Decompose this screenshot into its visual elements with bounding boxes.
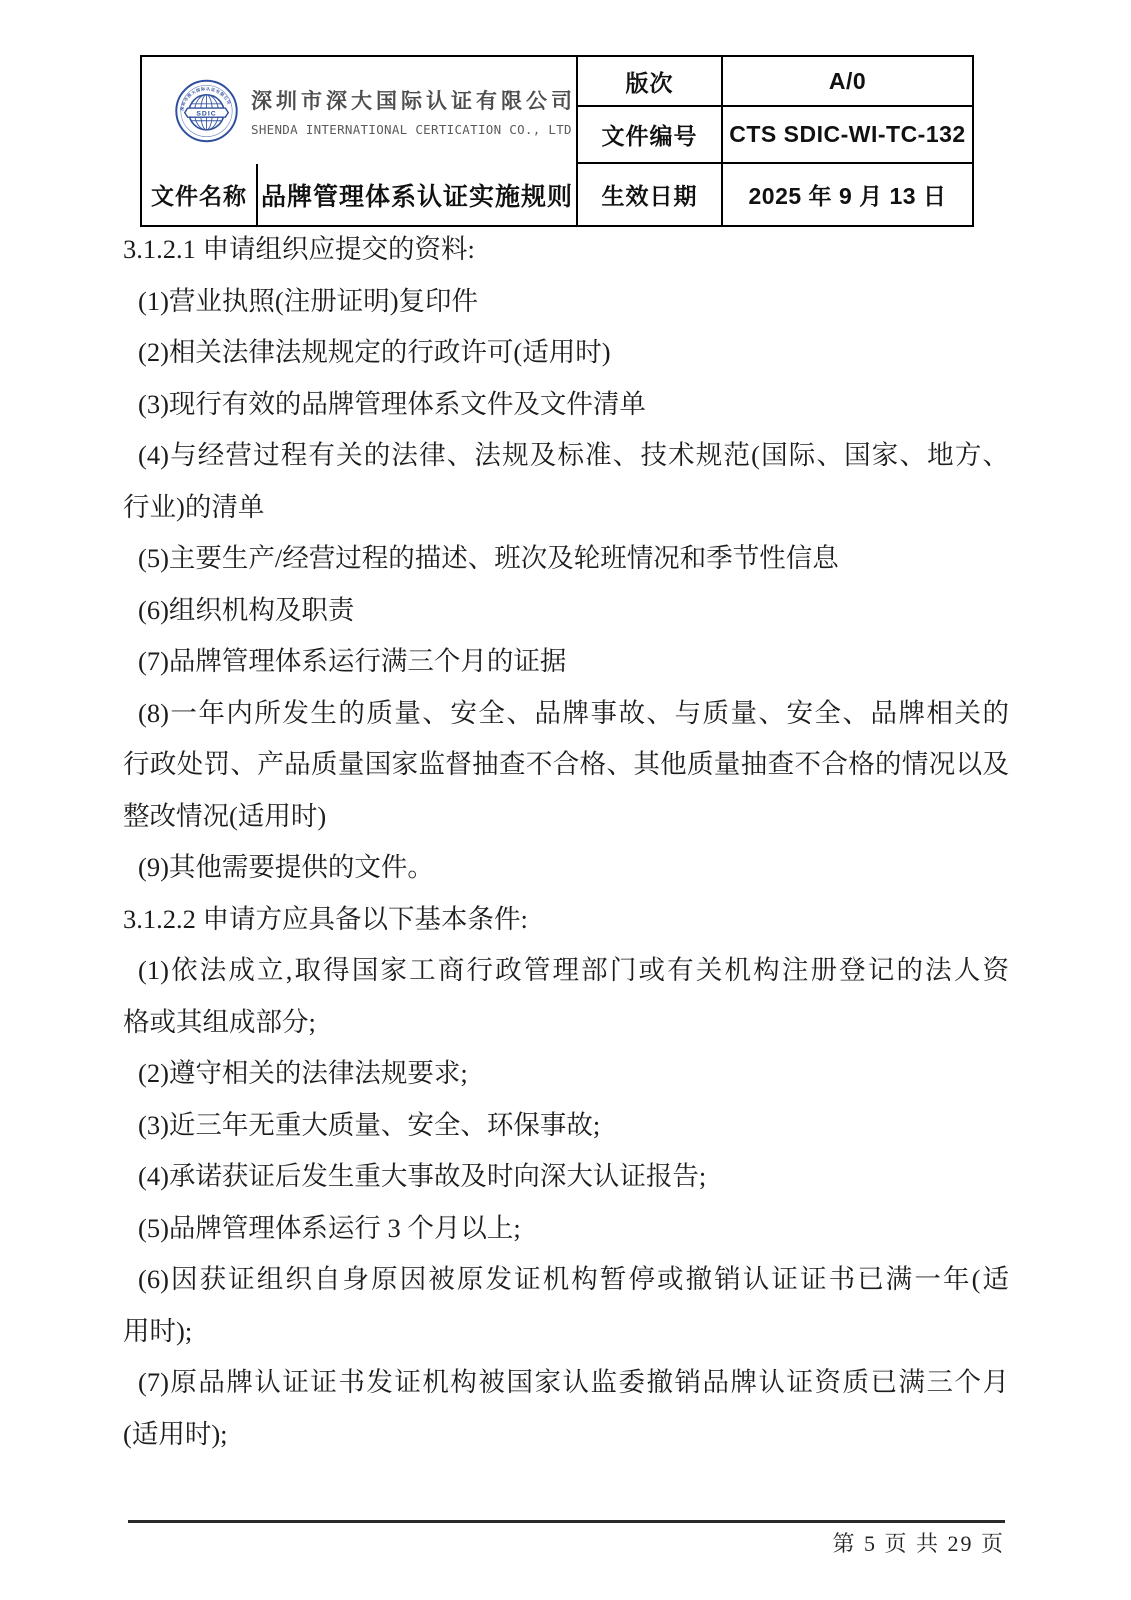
doc-number-label: 文件编号 xyxy=(578,107,723,164)
doc-number-value: CTS SDIC-WI-TC-132 xyxy=(723,107,972,164)
version-value: A/0 xyxy=(723,57,972,107)
body-line: (8)一年内所发生的质量、安全、品牌事故、与质量、安全、品牌相关的 xyxy=(123,688,1009,740)
body-line: (5)主要生产/经营过程的描述、班次及轮班情况和季节性信息 xyxy=(123,533,1009,585)
body-line: (4)承诺获证后发生重大事故及时向深大认证报告; xyxy=(123,1151,1009,1203)
version-label: 版次 xyxy=(578,57,723,107)
body-line: (4)与经营过程有关的法律、法规及标准、技术规范(国际、国家、地方、 xyxy=(123,430,1009,482)
effective-date-label: 生效日期 xyxy=(578,164,723,225)
body-line: (适用时); xyxy=(123,1409,1009,1461)
body-line: (7)原品牌认证证书发证机构被国家认监委撤销品牌认证资质已满三个月 xyxy=(123,1357,1009,1409)
doc-name-label: 文件名称 xyxy=(142,164,258,225)
footer-divider xyxy=(128,1520,1005,1523)
body-line: (7)品牌管理体系运行满三个月的证据 xyxy=(123,636,1009,688)
company-name-en: SHENDA INTERNATIONAL CERTICATION CO., LT… xyxy=(251,122,572,137)
body-line: 行业)的清单 xyxy=(123,482,1009,534)
body-line: (1)营业执照(注册证明)复印件 xyxy=(123,276,1009,328)
effective-date-value: 2025 年 9 月 13 日 xyxy=(723,164,972,225)
header-table: 深圳市深大国际认证有限公司 SDIC 深圳市深大国际认证有限公司 SHENDA … xyxy=(140,55,974,227)
sdic-company-seal-icon: 深圳市深大国际认证有限公司 SDIC xyxy=(174,67,239,155)
document-page: 深圳市深大国际认证有限公司 SDIC 深圳市深大国际认证有限公司 SHENDA … xyxy=(0,0,1131,1600)
doc-name-value: 品牌管理体系认证实施规则 xyxy=(258,164,578,225)
page-number: 第 5 页 共 29 页 xyxy=(128,1527,1005,1558)
body-line: (5)品牌管理体系运行 3 个月以上; xyxy=(123,1203,1009,1255)
body-line: (6)组织机构及职责 xyxy=(123,585,1009,637)
section-heading: 3.1.2.1 申请组织应提交的资料: xyxy=(123,224,1009,276)
body-line: (2)相关法律法规规定的行政许可(适用时) xyxy=(123,327,1009,379)
body-line: (2)遵守相关的法律法规要求; xyxy=(123,1048,1009,1100)
body-line: (3)现行有效的品牌管理体系文件及文件清单 xyxy=(123,379,1009,431)
body-line: 格或其组成部分; xyxy=(123,997,1009,1049)
company-name-block: 深圳市深大国际认证有限公司 SHENDA INTERNATIONAL CERTI… xyxy=(251,85,576,137)
body-line: (9)其他需要提供的文件。 xyxy=(123,842,1009,894)
body-line: 整改情况(适用时) xyxy=(123,791,1009,843)
body-line: 行政处罚、产品质量国家监督抽查不合格、其他质量抽查不合格的情况以及 xyxy=(123,739,1009,791)
company-header-cell: 深圳市深大国际认证有限公司 SDIC 深圳市深大国际认证有限公司 SHENDA … xyxy=(142,57,578,164)
section-heading: 3.1.2.2 申请方应具备以下基本条件: xyxy=(123,894,1009,946)
body-line: (1)依法成立,取得国家工商行政管理部门或有关机构注册登记的法人资 xyxy=(123,945,1009,997)
body-line: 用时); xyxy=(123,1306,1009,1358)
company-name-cn: 深圳市深大国际认证有限公司 xyxy=(251,85,576,115)
document-body: 3.1.2.1 申请组织应提交的资料: (1)营业执照(注册证明)复印件 (2)… xyxy=(123,224,1009,1460)
body-line: (6)因获证组织自身原因被原发证机构暂停或撤销认证证书已满一年(适 xyxy=(123,1254,1009,1306)
svg-text:SDIC: SDIC xyxy=(196,110,216,117)
body-line: (3)近三年无重大质量、安全、环保事故; xyxy=(123,1100,1009,1152)
